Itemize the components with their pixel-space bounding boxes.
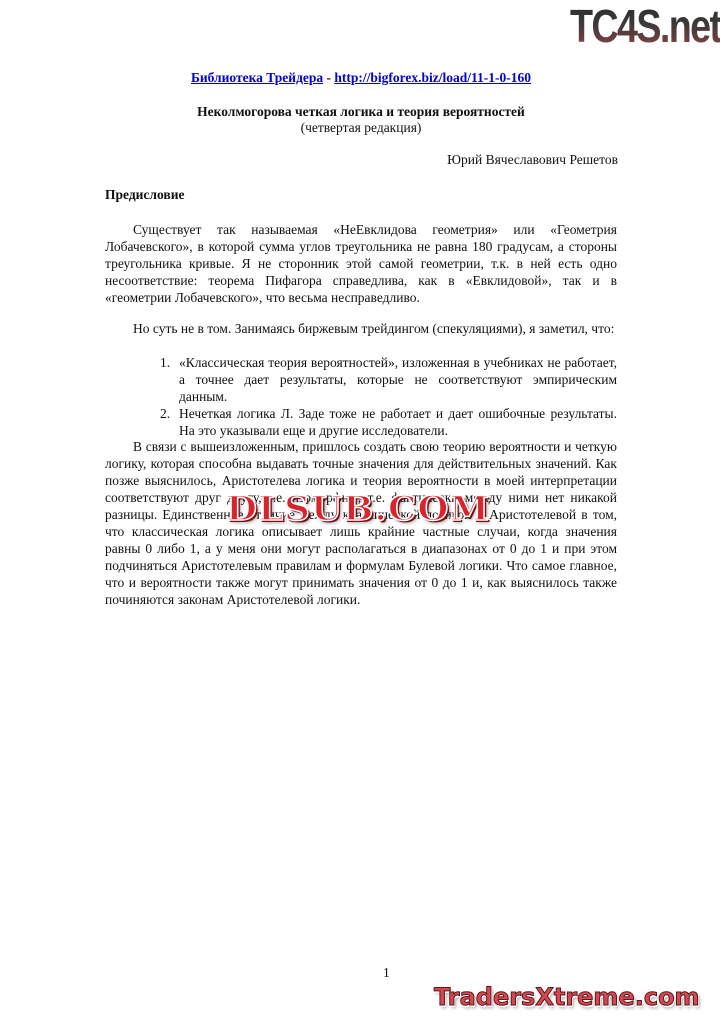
list-item-text: «Классическая теория вероятностей», изло…	[179, 355, 617, 404]
tradersxtreme-watermark-logo: TradersXtreme.com	[434, 982, 700, 1012]
list-item: 1. «Классическая теория вероятностей», и…	[105, 354, 617, 405]
library-link[interactable]: Библиотека Трейдера	[191, 70, 323, 85]
page-number: 1	[383, 965, 390, 981]
document-subtitle: (четвертая редакция)	[105, 120, 617, 136]
paragraph: Но суть не в том. Занимаясь биржевым тре…	[105, 320, 617, 337]
list-item-text: Нечеткая логика Л. Заде тоже не работает…	[179, 406, 617, 438]
section-heading-preface: Предисловие	[105, 187, 184, 203]
tc4s-watermark-logo: TC4S.net	[570, 0, 720, 52]
list-item: 2. Нечеткая логика Л. Заде тоже не работ…	[105, 405, 617, 439]
document-author: Юрий Вячеславович Решетов	[447, 152, 618, 168]
list-item-number: 2.	[160, 405, 170, 422]
library-url-link[interactable]: http://bigforex.biz/load/11-1-0-160	[334, 70, 531, 85]
numbered-list: 1. «Классическая теория вероятностей», и…	[105, 354, 617, 439]
library-header-line: Библиотека Трейдера - http://bigforex.bi…	[105, 70, 617, 86]
dlsub-watermark-logo: DLSUB.COM	[226, 490, 490, 528]
paragraph: Существует так называемая «НеЕвклидова г…	[105, 221, 617, 306]
document-title: Неколмогорова четкая логика и теория вер…	[105, 104, 617, 120]
header-separator: -	[323, 70, 334, 85]
list-item-number: 1.	[160, 354, 170, 371]
